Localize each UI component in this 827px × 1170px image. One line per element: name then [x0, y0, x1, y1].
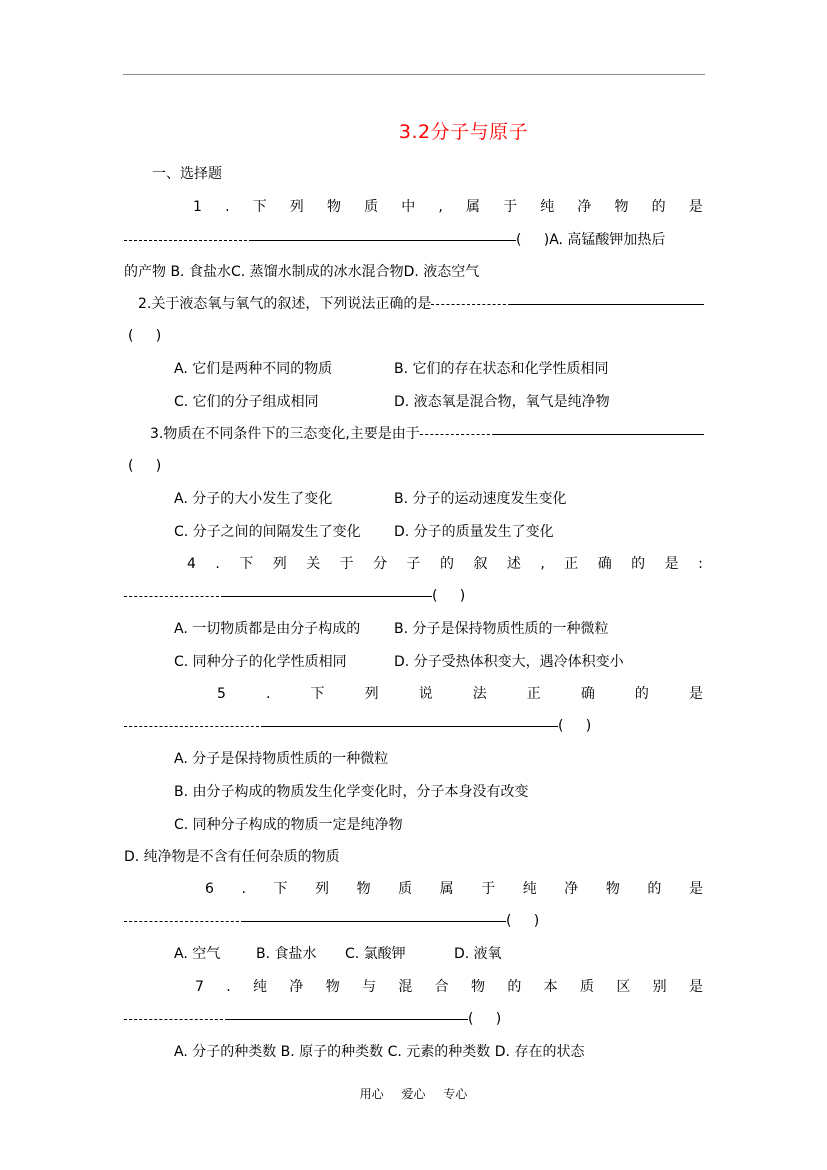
answer-blank[interactable]: ( ) [558, 716, 591, 736]
solid-rule [264, 726, 558, 727]
stem-char: : [698, 554, 703, 574]
stem-char: 6 [205, 879, 214, 899]
question-2-option-d[interactable]: D. 液态氧是混合物，氧气是纯净物 [394, 392, 610, 412]
answer-blank[interactable]: ( ) [516, 230, 549, 250]
stem-char: 质 [398, 879, 412, 899]
stem-char: 说 [419, 684, 433, 704]
solid-rule [495, 434, 704, 435]
dashed-rule [124, 240, 252, 241]
stem-char: 的 [635, 684, 649, 704]
stem-char: 的 [507, 977, 521, 997]
question-3-option-c[interactable]: C. 分子之间的间隔发生了变化 [174, 522, 361, 542]
stem-char: 本 [544, 977, 558, 997]
solid-rule [228, 1019, 468, 1020]
question-6-option-c[interactable]: C. 氯酸钾 [345, 944, 406, 964]
option-a-start: A. 高锰酸钾加热后 [549, 230, 665, 250]
stem-char: 5 [217, 684, 226, 704]
answer-blank[interactable]: ( ) [468, 1009, 501, 1029]
question-5-option-d[interactable]: D. 纯净物是不含有任何杂质的物质 [124, 847, 340, 867]
stem-char: 的 [647, 879, 661, 899]
stem-char: 中 [401, 197, 415, 217]
stem-char: 物 [615, 197, 629, 217]
stem-char: 别 [653, 977, 667, 997]
question-1-options: 的产物 B. 食盐水C. 蒸馏水制成的冰水混合物D. 液态空气 [124, 262, 479, 282]
stem-char: 1 [193, 197, 202, 217]
stem-char: 下 [253, 197, 267, 217]
stem-char: 与 [362, 977, 376, 997]
stem-char: 属 [440, 879, 454, 899]
answer-blank[interactable]: ( ) [506, 911, 539, 931]
question-4-stem: 4.下列关于分子的叙述,正确的是: [187, 554, 703, 574]
question-3-option-a[interactable]: A. 分子的大小发生了变化 [174, 489, 332, 509]
stem-char: 下 [311, 684, 325, 704]
dashed-rule [124, 596, 224, 597]
stem-char: 纯 [253, 977, 267, 997]
stem-char: 是 [665, 554, 679, 574]
page-footer: 用心 爱心 专心 [0, 1085, 827, 1102]
stem-char: 纯 [540, 197, 554, 217]
stem-char: 分 [373, 554, 387, 574]
stem-char: 7 [195, 977, 204, 997]
dashed-rule [124, 726, 264, 727]
question-5-stem: 5.下列说法正确的是 [217, 684, 703, 704]
question-6-answer-line: ( ) [124, 911, 539, 931]
stem-char: 区 [616, 977, 630, 997]
question-5-option-a[interactable]: A. 分子是保持物质性质的一种微粒 [174, 749, 388, 769]
question-4-option-c[interactable]: C. 同种分子的化学性质相同 [174, 652, 347, 672]
question-2-option-a[interactable]: A. 它们是两种不同的物质 [174, 359, 332, 379]
stem-char: 关 [306, 554, 320, 574]
question-2-option-b[interactable]: B. 它们的存在状态和化学性质相同 [394, 359, 609, 379]
section-heading: 一、选择题 [152, 164, 222, 184]
question-3-stem: 3.物质在不同条件下的三态变化,主要是由于 [150, 424, 704, 444]
stem-char: 列 [290, 197, 304, 217]
stem-char: 确 [598, 554, 612, 574]
question-7-answer-line: ( ) [124, 1009, 501, 1029]
stem-char: , [540, 554, 544, 574]
stem-char: 列 [315, 879, 329, 899]
question-5-option-c[interactable]: C. 同种分子构成的物质一定是纯净物 [174, 815, 403, 835]
stem-char: . [215, 554, 219, 574]
question-2-text: 2.关于液态氧与氧气的叙述，下列说法正确的是 [138, 294, 431, 314]
stem-char: 物 [606, 879, 620, 899]
stem-char: 纯 [523, 879, 537, 899]
question-3-text: 3.物质在不同条件下的三态变化,主要是由于 [150, 424, 420, 444]
question-6-option-a[interactable]: A. 空气 [174, 944, 220, 964]
stem-char: 是 [689, 684, 703, 704]
question-3-option-d[interactable]: D. 分子的质量发生了变化 [394, 522, 554, 542]
stem-char: 4 [187, 554, 196, 574]
stem-char: 物 [357, 879, 371, 899]
question-1-answer-line: ( ) A. 高锰酸钾加热后 [124, 230, 704, 250]
question-2-stem: 2.关于液态氧与氧气的叙述，下列说法正确的是 [138, 294, 704, 314]
stem-char: 属 [466, 197, 480, 217]
stem-char: 下 [239, 554, 253, 574]
stem-char: 净 [289, 977, 303, 997]
question-7-options[interactable]: A. 分子的种类数 B. 原子的种类数 C. 元素的种类数 D. 存在的状态 [174, 1042, 584, 1062]
header-rule [123, 74, 705, 75]
stem-char: 子 [407, 554, 421, 574]
stem-char: 合 [435, 977, 449, 997]
question-7-stem: 7.纯净物与混合物的本质区别是 [195, 977, 703, 997]
answer-blank[interactable]: ( ) [128, 326, 161, 346]
stem-char: 的 [440, 554, 454, 574]
question-5-answer-line: ( ) [124, 716, 591, 736]
stem-char: 于 [340, 554, 354, 574]
stem-char: 述 [507, 554, 521, 574]
question-4-option-b[interactable]: B. 分子是保持物质性质的一种微粒 [394, 619, 609, 639]
stem-char: 是 [689, 879, 703, 899]
question-6-option-b[interactable]: B. 食盐水 [256, 944, 317, 964]
question-1-stem: 1.下列物质中,属于纯净物的是 [193, 197, 703, 217]
stem-char: 法 [473, 684, 487, 704]
stem-char: 正 [527, 684, 541, 704]
stem-char: 的 [652, 197, 666, 217]
stem-char: 净 [577, 197, 591, 217]
dashed-rule [431, 304, 511, 305]
stem-char: 是 [689, 977, 703, 997]
dashed-rule [124, 921, 244, 922]
question-4-answer-line: ( ) [124, 586, 465, 606]
stem-char: . [226, 977, 230, 997]
stem-char: 正 [564, 554, 578, 574]
question-2-option-c[interactable]: C. 它们的分子组成相同 [174, 392, 319, 412]
stem-char: 列 [273, 554, 287, 574]
dashed-rule [124, 1019, 228, 1020]
stem-char: 质 [580, 977, 594, 997]
stem-char: 净 [564, 879, 578, 899]
solid-rule [244, 921, 506, 922]
stem-char: 混 [398, 977, 412, 997]
question-4-option-a[interactable]: A. 一切物质都是由分子构成的 [174, 619, 360, 639]
answer-blank[interactable]: ( ) [128, 456, 161, 476]
question-6-option-d[interactable]: D. 液氧 [454, 944, 502, 964]
stem-char: 的 [631, 554, 645, 574]
stem-char: 物 [327, 197, 341, 217]
stem-char: . [241, 879, 245, 899]
stem-char: . [266, 684, 270, 704]
stem-char: 质 [364, 197, 378, 217]
question-3-option-b[interactable]: B. 分子的运动速度发生变化 [394, 489, 567, 509]
stem-char: 确 [581, 684, 595, 704]
stem-char: 是 [689, 197, 703, 217]
page-title: 3.2分子与原子 [0, 117, 827, 144]
question-6-stem: 6.下列物质属于纯净物的是 [205, 879, 703, 899]
stem-char: 物 [326, 977, 340, 997]
stem-char: 下 [273, 879, 287, 899]
stem-char: 物 [471, 977, 485, 997]
solid-rule [252, 240, 516, 241]
stem-char: 于 [481, 879, 495, 899]
solid-rule [511, 304, 704, 305]
question-5-option-b[interactable]: B. 由分子构成的物质发生化学变化时，分子本身没有改变 [174, 782, 529, 802]
dashed-rule [420, 434, 495, 435]
answer-blank[interactable]: ( ) [432, 586, 465, 606]
stem-char: 叙 [473, 554, 487, 574]
question-4-option-d[interactable]: D. 分子受热体积变大，遇冷体积变小 [394, 652, 624, 672]
stem-char: 于 [503, 197, 517, 217]
stem-char: . [225, 197, 229, 217]
solid-rule [224, 596, 432, 597]
stem-char: , [438, 197, 442, 217]
stem-char: 列 [365, 684, 379, 704]
